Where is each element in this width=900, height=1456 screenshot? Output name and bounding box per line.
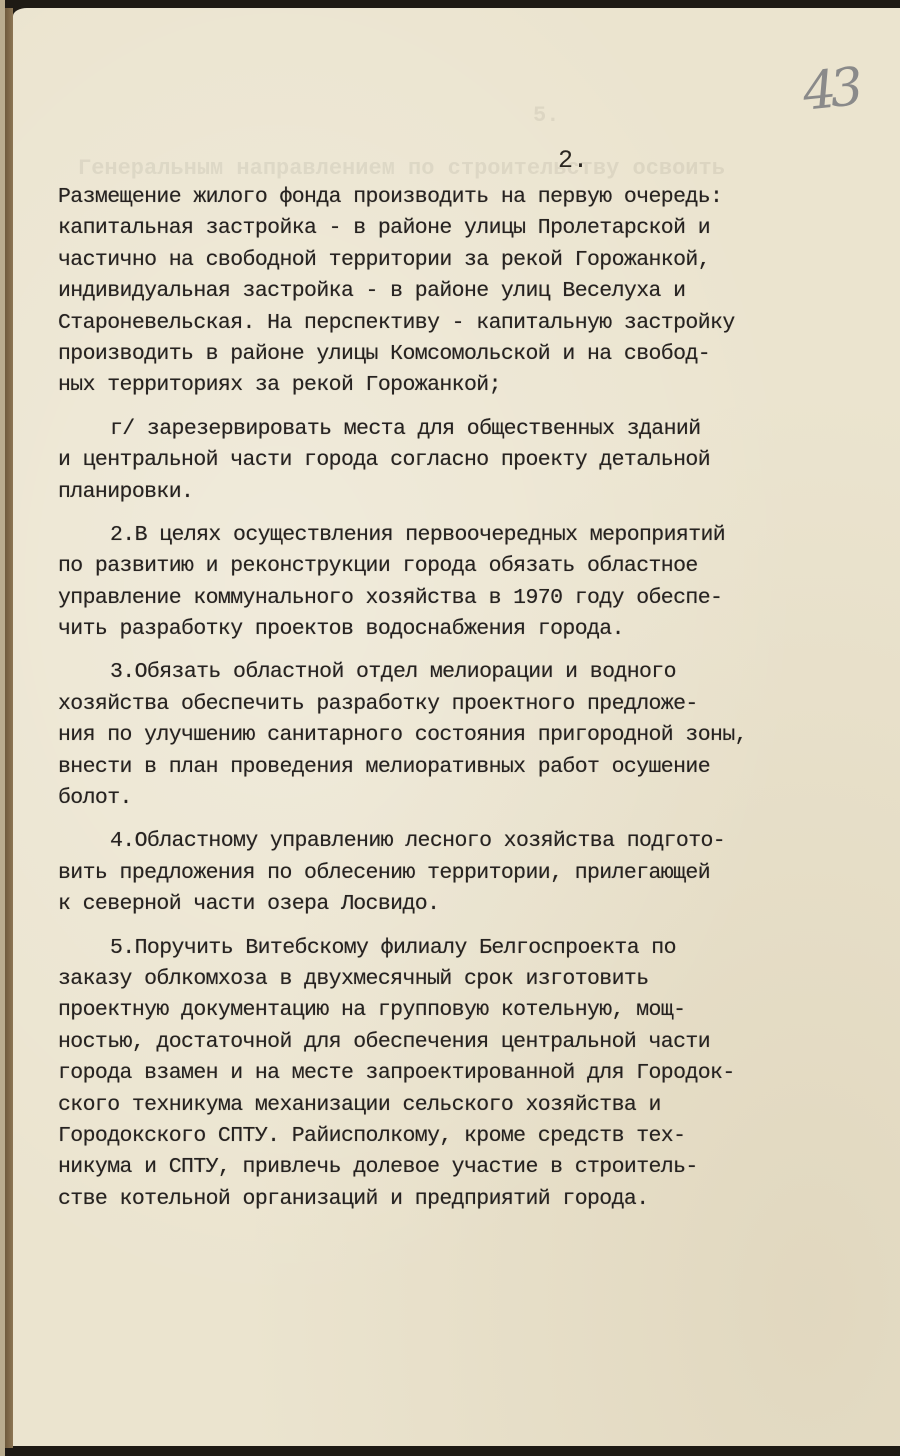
document-body: Размещение жилого фонда производить на п… [58, 182, 848, 1215]
text-line: ского техникума механизации сельского хо… [58, 1090, 848, 1121]
text-line: болот. [58, 783, 848, 814]
paragraph-p-3: 3.Обязать областной отдел мелиорации и в… [58, 657, 848, 814]
paragraph-p-housing: Размещение жилого фонда производить на п… [58, 182, 848, 402]
text-line: вить предложения по облесению территории… [58, 858, 848, 889]
text-line: чить разработку проектов водоснабжения г… [58, 614, 848, 645]
text-line: Городокского СПТУ. Райисполкому, кроме с… [58, 1121, 848, 1152]
text-line: производить в районе улицы Комсомольской… [58, 339, 848, 370]
text-line: по развитию и реконструкции города обяза… [58, 551, 848, 582]
paragraph-gap [58, 508, 848, 520]
text-line: хозяйства обеспечить разработку проектно… [58, 689, 848, 720]
text-line: никума и СПТУ, привлечь долевое участие … [58, 1152, 848, 1183]
text-line: частично на свободной территории за реко… [58, 245, 848, 276]
text-line: индивидуальная застройка - в районе улиц… [58, 276, 848, 307]
text-line: 2.В целях осуществления первоочередных м… [58, 520, 848, 551]
bleed-through-text: Генеральным направлением по строительств… [78, 156, 725, 181]
text-line: внести в план проведения мелиоративных р… [58, 752, 848, 783]
paragraph-p-4: 4.Областному управлению лесного хозяйств… [58, 826, 848, 920]
binding-gutter [5, 8, 13, 1448]
text-line: Размещение жилого фонда производить на п… [58, 182, 848, 213]
text-line: 5.Поручить Витебскому филиалу Белгоспрое… [58, 933, 848, 964]
text-line: города взамен и на месте запроектированн… [58, 1058, 848, 1089]
text-line: стве котельной организаций и предприятий… [58, 1184, 848, 1215]
page-number: 2. [558, 146, 588, 175]
text-line: заказу облкомхоза в двухмесячный срок из… [58, 964, 848, 995]
text-line: капитальная застройка - в районе улицы П… [58, 213, 848, 244]
text-line: 3.Обязать областной отдел мелиорации и в… [58, 657, 848, 688]
text-line: г/ зарезервировать места для общественны… [58, 414, 848, 445]
paragraph-p-2: 2.В целях осуществления первоочередных м… [58, 520, 848, 646]
text-line: 4.Областному управлению лесного хозяйств… [58, 826, 848, 857]
text-line: и центральной части города согласно прое… [58, 445, 848, 476]
text-line: ния по улучшению санитарного состояния п… [58, 720, 848, 751]
text-line: управление коммунального хозяйства в 197… [58, 583, 848, 614]
paragraph-gap [58, 921, 848, 933]
paragraph-gap [58, 645, 848, 657]
paragraph-p-5: 5.Поручить Витебскому филиалу Белгоспрое… [58, 933, 848, 1216]
text-line: проектную документацию на групповую коте… [58, 995, 848, 1026]
paragraph-p-g: г/ зарезервировать места для общественны… [58, 414, 848, 508]
paragraph-gap [58, 402, 848, 414]
text-line: к северной части озера Лосвидо. [58, 889, 848, 920]
text-line: планировки. [58, 477, 848, 508]
text-line: Староневельская. На перспективу - капита… [58, 308, 848, 339]
text-line: ных территориях за рекой Горожанкой; [58, 370, 848, 401]
archive-folio-number: 43 [800, 57, 860, 122]
bleed-through-number: 5. [533, 103, 559, 128]
paragraph-gap [58, 814, 848, 826]
text-line: ностью, достаточной для обеспечения цент… [58, 1027, 848, 1058]
